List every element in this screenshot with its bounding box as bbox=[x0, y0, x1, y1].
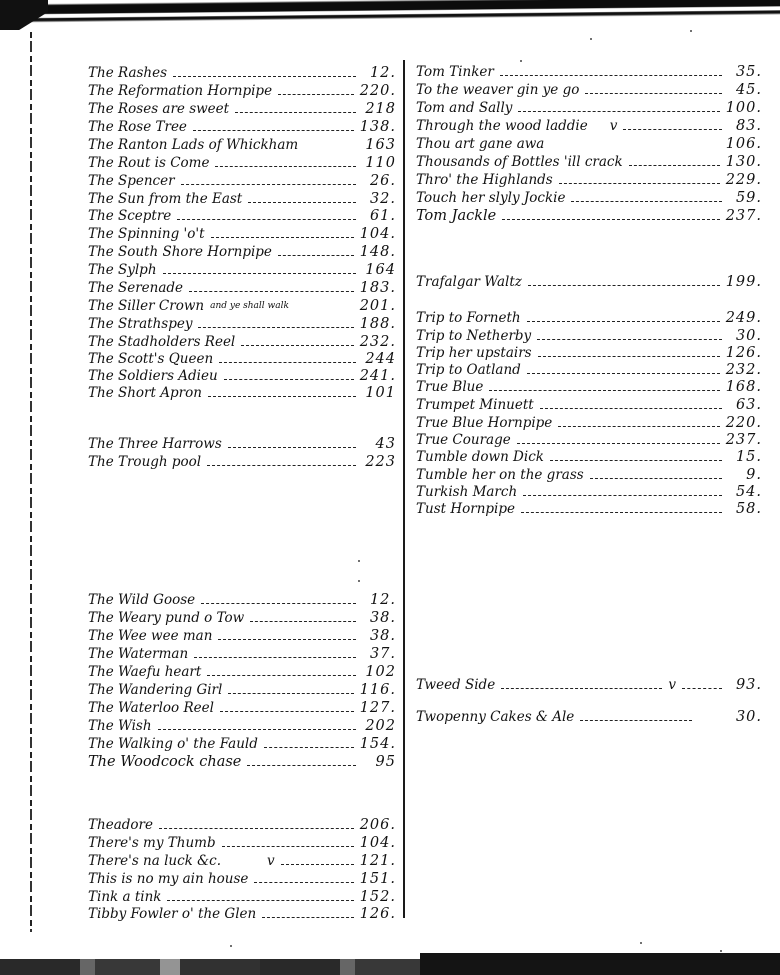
page-number: 61. bbox=[356, 207, 396, 225]
index-entry: The Reformation Hornpipe220. bbox=[88, 82, 396, 100]
index-entry: The Waterman37. bbox=[88, 645, 396, 663]
index-entry: Trip to Forneth249. bbox=[416, 309, 762, 327]
dot-leader bbox=[220, 710, 354, 712]
page-number: 138. bbox=[354, 118, 396, 136]
page-number: 93. bbox=[722, 676, 762, 694]
dot-leader bbox=[222, 845, 354, 847]
tune-title: The Soldiers Adieu bbox=[88, 367, 224, 385]
tune-title: The Rout is Come bbox=[88, 154, 215, 172]
tune-title: Thousands of Bottles 'ill crack bbox=[416, 153, 629, 171]
tune-title: Tust Hornpipe bbox=[416, 500, 521, 518]
index-entry: Touch her slyly Jockie59. bbox=[416, 189, 762, 207]
dot-leader bbox=[250, 620, 356, 622]
page-number: 130. bbox=[720, 153, 762, 171]
dot-leader bbox=[228, 446, 356, 448]
right-column: Tom Tinker35. To the weaver gin ye go45.… bbox=[416, 0, 762, 975]
index-entry: To the weaver gin ye go45. bbox=[416, 81, 762, 99]
page-number: 102 bbox=[356, 663, 396, 681]
tune-title: The Strathspey bbox=[88, 315, 198, 333]
page-number: 232. bbox=[354, 333, 396, 351]
dot-leader bbox=[278, 254, 354, 256]
tune-title: The Scott's Queen bbox=[88, 350, 219, 368]
check-mark: v bbox=[610, 117, 624, 135]
page-number: 152. bbox=[354, 888, 396, 906]
index-entry: Thou art gane awa106. bbox=[416, 135, 762, 153]
tune-title: This is no my ain house bbox=[88, 870, 254, 888]
index-entry: The Short Apron101 bbox=[88, 384, 396, 402]
dot-leader bbox=[254, 881, 353, 883]
dot-leader bbox=[517, 442, 720, 444]
index-entry: True Blue168. bbox=[416, 378, 762, 396]
dot-leader bbox=[211, 236, 354, 238]
tune-title: To the weaver gin ye go bbox=[416, 81, 585, 99]
left-margin-rule bbox=[30, 32, 32, 932]
dot-leader bbox=[585, 92, 722, 94]
scan-speck bbox=[690, 30, 692, 32]
left-column: The Rashes12. The Reformation Hornpipe22… bbox=[88, 0, 396, 975]
tune-title: The Wish bbox=[88, 717, 158, 735]
page-number: 188. bbox=[354, 315, 396, 333]
scan-speck bbox=[640, 942, 642, 944]
tune-title: The South Shore Hornpipe bbox=[88, 243, 278, 261]
index-entry: Trip to Netherby30. bbox=[416, 327, 762, 345]
dot-leader bbox=[159, 827, 354, 829]
index-entry: The Trough pool223 bbox=[88, 453, 396, 471]
page-number: 229. bbox=[720, 171, 762, 189]
page-number: 38. bbox=[356, 627, 396, 645]
tune-title: There's na luck &c. bbox=[88, 852, 227, 870]
index-entry: The Spinning 'o't104. bbox=[88, 225, 396, 243]
index-entry: Tust Hornpipe58. bbox=[416, 500, 762, 518]
index-entry: Tumble down Dick15. bbox=[416, 448, 762, 466]
index-entry: This is no my ain house151. bbox=[88, 870, 396, 888]
page-number: 218 bbox=[356, 100, 396, 118]
page-number: 100. bbox=[720, 99, 762, 117]
page-number: 202 bbox=[356, 717, 396, 735]
index-entry: The Wee wee man38. bbox=[88, 627, 396, 645]
dot-leader bbox=[521, 511, 722, 513]
dot-leader bbox=[489, 389, 719, 391]
tune-title: The Spencer bbox=[88, 172, 181, 190]
index-entry: The Waefu heart102 bbox=[88, 663, 396, 681]
page-number: 104. bbox=[354, 834, 396, 852]
index-entry: The Spencer26. bbox=[88, 172, 396, 190]
page-number: 30. bbox=[722, 708, 762, 726]
index-entry: Tumble her on the grass9. bbox=[416, 466, 762, 484]
index-entry: The Walking o' the Fauld154. bbox=[88, 735, 396, 753]
scan-speck bbox=[358, 560, 360, 562]
page-number: 63. bbox=[722, 396, 762, 414]
tune-title: Tink a tink bbox=[88, 888, 167, 906]
page-number: 164 bbox=[356, 261, 396, 279]
dot-leader bbox=[198, 326, 353, 328]
page-number: 126. bbox=[720, 344, 762, 362]
page-number: 45. bbox=[722, 81, 762, 99]
index-entry: Twopenny Cakes & Ale30. bbox=[416, 708, 762, 726]
dot-leader bbox=[558, 425, 719, 427]
index-entry: Tweed Sidev93. bbox=[416, 676, 762, 694]
page-number: 54. bbox=[722, 483, 762, 501]
index-entry: The Sun from the East32. bbox=[88, 190, 396, 208]
index-entry: Tom Jackle237. bbox=[416, 207, 762, 225]
dot-leader bbox=[248, 201, 356, 203]
index-entry: The Strathspey188. bbox=[88, 315, 396, 333]
index-entry: The South Shore Hornpipe148. bbox=[88, 243, 396, 261]
tune-title: The Sylph bbox=[88, 261, 163, 279]
index-entry: Trip to Oatland232. bbox=[416, 361, 762, 379]
dot-leader bbox=[571, 200, 722, 202]
page-number: 151. bbox=[354, 870, 396, 888]
tune-title: Trip to Oatland bbox=[416, 361, 527, 379]
scan-speck bbox=[230, 945, 232, 947]
tune-title: Touch her slyly Jockie bbox=[416, 189, 571, 207]
tune-title: The Short Apron bbox=[88, 384, 208, 402]
dot-leader bbox=[224, 378, 354, 380]
tune-title: Through the wood laddie bbox=[416, 117, 594, 135]
check-mark: v bbox=[662, 676, 682, 694]
page-number: 32. bbox=[356, 190, 396, 208]
dot-leader bbox=[540, 407, 722, 409]
dot-leader bbox=[502, 218, 719, 220]
scan-speck bbox=[520, 60, 522, 62]
tune-title: The Reformation Hornpipe bbox=[88, 82, 278, 100]
index-entry: Turkish March54. bbox=[416, 483, 762, 501]
index-entry: The Serenade183. bbox=[88, 279, 396, 297]
dot-leader bbox=[559, 182, 720, 184]
page-number: 223 bbox=[356, 453, 396, 471]
index-entry: Trip her upstairs126. bbox=[416, 344, 762, 362]
tune-title: True Blue bbox=[416, 378, 489, 396]
page-number: 126. bbox=[354, 905, 396, 923]
page-number: 12. bbox=[356, 64, 396, 82]
dot-leader bbox=[189, 290, 354, 292]
tune-title: The Sceptre bbox=[88, 207, 177, 225]
scan-speck bbox=[358, 580, 360, 582]
tune-title: Turkish March bbox=[416, 483, 523, 501]
tune-title: True Blue Hornpipe bbox=[416, 414, 558, 432]
scan-speck bbox=[590, 38, 592, 40]
tune-title: The Spinning 'o't bbox=[88, 225, 211, 243]
dot-leader bbox=[173, 75, 356, 77]
dot-leader bbox=[278, 93, 354, 95]
page-number: 249. bbox=[720, 309, 762, 327]
page-number: 201. bbox=[354, 297, 396, 315]
tune-title: The Wee wee man bbox=[88, 627, 218, 645]
index-entry: The Siller Crownand ye shall walk201. bbox=[88, 297, 396, 315]
index-entry: Tom Tinker35. bbox=[416, 63, 762, 81]
index-entry: The Scott's Queen244 bbox=[88, 350, 396, 368]
dot-leader bbox=[281, 863, 354, 865]
tune-title: The Trough pool bbox=[88, 453, 207, 471]
index-entry: Tibby Fowler o' the Glen126. bbox=[88, 905, 396, 923]
index-entry: Thousands of Bottles 'ill crack130. bbox=[416, 153, 762, 171]
page-number: 101 bbox=[356, 384, 396, 402]
page-number: 220. bbox=[720, 414, 762, 432]
page-number: 121. bbox=[354, 852, 396, 870]
tune-title: The Three Harrows bbox=[88, 435, 228, 453]
tune-title: Trip to Forneth bbox=[416, 309, 527, 327]
index-entry: The Sylph164 bbox=[88, 261, 396, 279]
dot-leader bbox=[527, 372, 720, 374]
tune-title: Tom Jackle bbox=[416, 207, 502, 225]
dot-leader bbox=[262, 916, 354, 918]
index-entry: Theadore206. bbox=[88, 816, 396, 834]
index-entry: The Wandering Girl116. bbox=[88, 681, 396, 699]
index-entry: The Rout is Come110 bbox=[88, 154, 396, 172]
tune-title: Trip to Netherby bbox=[416, 327, 537, 345]
page-number: 35. bbox=[722, 63, 762, 81]
dot-leader bbox=[500, 74, 722, 76]
dot-leader bbox=[201, 602, 356, 604]
dot-leader bbox=[550, 147, 719, 148]
page-number: 30. bbox=[722, 327, 762, 345]
tune-title: The Waefu heart bbox=[88, 663, 207, 681]
page-number: 199. bbox=[720, 273, 762, 291]
index-entry: True Blue Hornpipe220. bbox=[416, 414, 762, 432]
tune-title: The Waterman bbox=[88, 645, 194, 663]
dot-leader bbox=[193, 129, 354, 131]
dot-leader bbox=[235, 111, 356, 113]
page-number: 26. bbox=[356, 172, 396, 190]
dot-leader bbox=[304, 148, 356, 149]
tune-title: The Rashes bbox=[88, 64, 173, 82]
tune-title: Tom Tinker bbox=[416, 63, 500, 81]
tune-title: The Sun from the East bbox=[88, 190, 248, 208]
index-entry: The Waterloo Reel127. bbox=[88, 699, 396, 717]
dot-leader bbox=[682, 687, 722, 689]
index-entry: There's na luck &c.v121. bbox=[88, 852, 396, 870]
dot-leader bbox=[218, 638, 356, 640]
dot-leader bbox=[241, 344, 353, 346]
tune-title: Trip her upstairs bbox=[416, 344, 538, 362]
dot-leader bbox=[580, 719, 692, 721]
dot-leader bbox=[167, 899, 353, 901]
index-entry: True Courage237. bbox=[416, 431, 762, 449]
index-entry: The Weary pund o Tow38. bbox=[88, 609, 396, 627]
page-number: 237. bbox=[720, 431, 762, 449]
dot-leader bbox=[623, 128, 722, 130]
dot-leader bbox=[208, 395, 356, 397]
tune-title: The Waterloo Reel bbox=[88, 699, 220, 717]
dot-leader bbox=[629, 164, 720, 166]
page-number: 241. bbox=[354, 367, 396, 385]
index-entry: The Sceptre61. bbox=[88, 207, 396, 225]
dot-leader bbox=[590, 477, 722, 479]
tune-title: Twopenny Cakes & Ale bbox=[416, 708, 580, 726]
dot-leader bbox=[177, 218, 356, 220]
tune-title: Tumble her on the grass bbox=[416, 466, 590, 484]
dot-leader bbox=[207, 464, 356, 466]
index-entry: Tink a tink152. bbox=[88, 888, 396, 906]
tune-title: The Serenade bbox=[88, 279, 189, 297]
page-number: 127. bbox=[354, 699, 396, 717]
index-entry: The Ranton Lads of Whickham163 bbox=[88, 136, 396, 154]
index-entry: Trafalgar Waltz199. bbox=[416, 273, 762, 291]
dot-leader bbox=[194, 656, 356, 658]
index-entry: The Three Harrows43 bbox=[88, 435, 396, 453]
tune-title: True Courage bbox=[416, 431, 517, 449]
dot-leader bbox=[538, 355, 720, 357]
page-number: 59. bbox=[722, 189, 762, 207]
dot-leader bbox=[264, 746, 354, 748]
scan-speck bbox=[720, 950, 722, 952]
page-number: 110 bbox=[356, 154, 396, 172]
index-entry: Trumpet Minuett63. bbox=[416, 396, 762, 414]
dot-leader bbox=[215, 165, 356, 167]
page-number: 168. bbox=[720, 378, 762, 396]
page-number: 237. bbox=[720, 207, 762, 225]
dot-leader bbox=[527, 320, 720, 322]
index-entry: Through the wood laddiev83. bbox=[416, 117, 762, 135]
index-entry: The Soldiers Adieu241. bbox=[88, 367, 396, 385]
dot-leader bbox=[207, 674, 356, 676]
tune-title: The Wild Goose bbox=[88, 591, 201, 609]
dot-leader bbox=[295, 309, 354, 310]
tune-title: Tweed Side bbox=[416, 676, 501, 694]
tune-title: The Roses are sweet bbox=[88, 100, 235, 118]
dot-leader bbox=[523, 494, 722, 496]
page-number: 83. bbox=[722, 117, 762, 135]
index-entry: The Wild Goose12. bbox=[88, 591, 396, 609]
index-entry: Thro' the Highlands229. bbox=[416, 171, 762, 189]
dot-leader bbox=[219, 361, 356, 363]
dot-leader bbox=[181, 183, 356, 185]
dot-leader bbox=[528, 284, 720, 286]
tune-title: The Rose Tree bbox=[88, 118, 193, 136]
page-number: 148. bbox=[354, 243, 396, 261]
tune-title: Thou art gane awa bbox=[416, 135, 550, 153]
page-number: 206. bbox=[354, 816, 396, 834]
dot-leader bbox=[537, 338, 722, 340]
page-number: 12. bbox=[356, 591, 396, 609]
tune-title: The Weary pund o Tow bbox=[88, 609, 250, 627]
column-divider bbox=[403, 60, 405, 918]
dot-leader bbox=[501, 687, 662, 689]
page-number: 15. bbox=[722, 448, 762, 466]
tune-title: Tom and Sally bbox=[416, 99, 518, 117]
dot-leader bbox=[518, 110, 719, 112]
tune-title: Trafalgar Waltz bbox=[416, 273, 528, 291]
tune-title: The Wandering Girl bbox=[88, 681, 228, 699]
tune-title: There's my Thumb bbox=[88, 834, 222, 852]
index-entry: The Rose Tree138. bbox=[88, 118, 396, 136]
page-number: 154. bbox=[354, 735, 396, 753]
tune-title: Tumble down Dick bbox=[416, 448, 550, 466]
dot-leader bbox=[158, 728, 356, 730]
page-number: 58. bbox=[722, 500, 762, 518]
check-mark: v bbox=[267, 852, 281, 870]
page-number: 232. bbox=[720, 361, 762, 379]
page-number: 38. bbox=[356, 609, 396, 627]
page-number: 104. bbox=[354, 225, 396, 243]
dot-leader bbox=[163, 272, 356, 274]
page-number: 220. bbox=[354, 82, 396, 100]
page-number: 37. bbox=[356, 645, 396, 663]
index-entry: The Roses are sweet218 bbox=[88, 100, 396, 118]
dot-leader bbox=[247, 764, 356, 766]
dot-leader bbox=[228, 692, 353, 694]
tune-note: and ye shall walk bbox=[210, 297, 295, 315]
index-entry: The Woodcock chase95 bbox=[88, 753, 396, 771]
tune-title: Thro' the Highlands bbox=[416, 171, 559, 189]
page-number: 106. bbox=[720, 135, 762, 153]
index-entry: Tom and Sally100. bbox=[416, 99, 762, 117]
page-number: 163 bbox=[356, 136, 396, 154]
tune-title: The Ranton Lads of Whickham bbox=[88, 136, 304, 154]
tune-title: Theadore bbox=[88, 816, 159, 834]
page-number: 43 bbox=[356, 435, 396, 453]
tune-title: The Stadholders Reel bbox=[88, 333, 241, 351]
tune-title: Trumpet Minuett bbox=[416, 396, 540, 414]
page-number: 183. bbox=[354, 279, 396, 297]
page-number: 244 bbox=[356, 350, 396, 368]
dot-leader bbox=[550, 459, 722, 461]
index-entry: There's my Thumb104. bbox=[88, 834, 396, 852]
page-number: 95 bbox=[356, 753, 396, 771]
page-number: 116. bbox=[354, 681, 396, 699]
tune-title: The Walking o' the Fauld bbox=[88, 735, 264, 753]
tune-title: The Woodcock chase bbox=[88, 753, 247, 771]
index-entry: The Wish202 bbox=[88, 717, 396, 735]
index-entry: The Rashes12. bbox=[88, 64, 396, 82]
tune-title: Tibby Fowler o' the Glen bbox=[88, 905, 262, 923]
index-entry: The Stadholders Reel232. bbox=[88, 333, 396, 351]
tune-title: The Siller Crown bbox=[88, 297, 210, 315]
page-number: 9. bbox=[722, 466, 762, 484]
